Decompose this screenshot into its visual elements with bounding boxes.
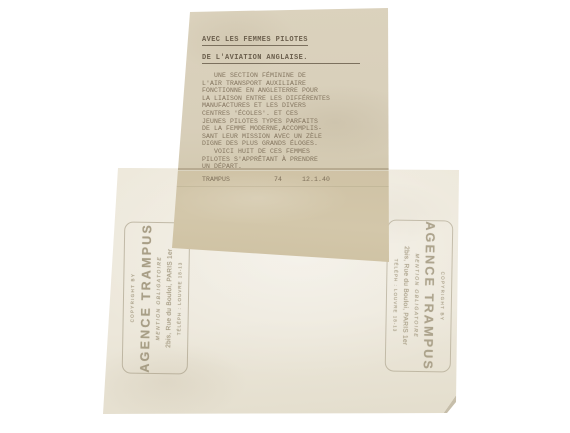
slip-fold-crease-faint (170, 186, 390, 187)
typed-caption: AVEC LES FEMMES PILOTES DE L'AVIATION AN… (170, 6, 390, 184)
agency-stamp-right: COPYRIGHT BY AGENCE TRAMPUS MENTION OBLI… (385, 219, 454, 372)
stamp-phone-text: TÉLÉPH : LOUVRE 18-13 (392, 259, 398, 333)
stamp-phone-text: TÉLÉPH : LOUVRE 18-13 (176, 262, 182, 336)
caption-body-line: DE LA FEMME MODERNE,ACCOMPLIS- (202, 125, 390, 133)
caption-body-line: LA LIAISON ENTRE LES DIFFÉRENTES (202, 95, 390, 103)
stamp-agency-name: AGENCE TRAMPUS (137, 223, 154, 373)
caption-body-line: UN DÉPART. (202, 163, 390, 171)
caption-body-line: L'AIR TRANSPORT AUXILIAIRE (202, 80, 390, 88)
stamp-copyright-text: COPYRIGHT BY (440, 272, 446, 322)
caption-headline: AVEC LES FEMMES PILOTES DE L'AVIATION AN… (202, 28, 390, 64)
caption-credit-line: TRAMPUS 74 12.1.40 (202, 176, 390, 184)
stamp-mention-text: MENTION OBLIGATOIRE (412, 254, 419, 339)
caption-body-line: JEUNES PILOTES TYPES PARFAITS (202, 118, 390, 126)
caption-body-line: MANUFACTURES ET LES DIVERS (202, 102, 390, 110)
stamp-address-text: 2bis, Rue du Bouloi, PARIS 1er (165, 249, 174, 348)
caption-body: UNE SECTION FÉMININE DEL'AIR TRANSPORT A… (202, 72, 390, 171)
caption-headline-line1: AVEC LES FEMMES PILOTES (202, 36, 308, 46)
caption-slip-lower-flap (170, 170, 390, 264)
caption-body-line: DIGNE DES PLUS GRANDS ÉLOGES. (202, 140, 390, 148)
card-corner-fold (437, 396, 457, 414)
page-background: COPYRIGHT BY AGENCE TRAMPUS MENTION OBLI… (0, 0, 570, 433)
caption-body-line: CENTRES 'ÉCOLES'. ET CES (202, 110, 390, 118)
stamp-address-text: 2bis, Rue du Bouloi, PARIS 1er (401, 246, 410, 345)
caption-body-line: UNE SECTION FÉMININE DE (202, 72, 390, 80)
caption-slip: AVEC LES FEMMES PILOTES DE L'AVIATION AN… (170, 6, 390, 264)
stamp-agency-name: AGENCE TRAMPUS (421, 221, 438, 371)
caption-body-line: VOICI HUIT DE CES FEMMES (202, 148, 390, 156)
caption-headline-line2: DE L'AVIATION ANGLAISE. (202, 54, 360, 64)
caption-body-line: PILOTES S'APPRÊTANT À PRENDRE (202, 156, 390, 164)
stamp-mention-text: MENTION OBLIGATOIRE (156, 256, 163, 341)
stamp-copyright-text: COPYRIGHT BY (129, 273, 135, 323)
caption-body-line: FONCTIONNE EN ANGLETERRE POUR (202, 87, 390, 95)
